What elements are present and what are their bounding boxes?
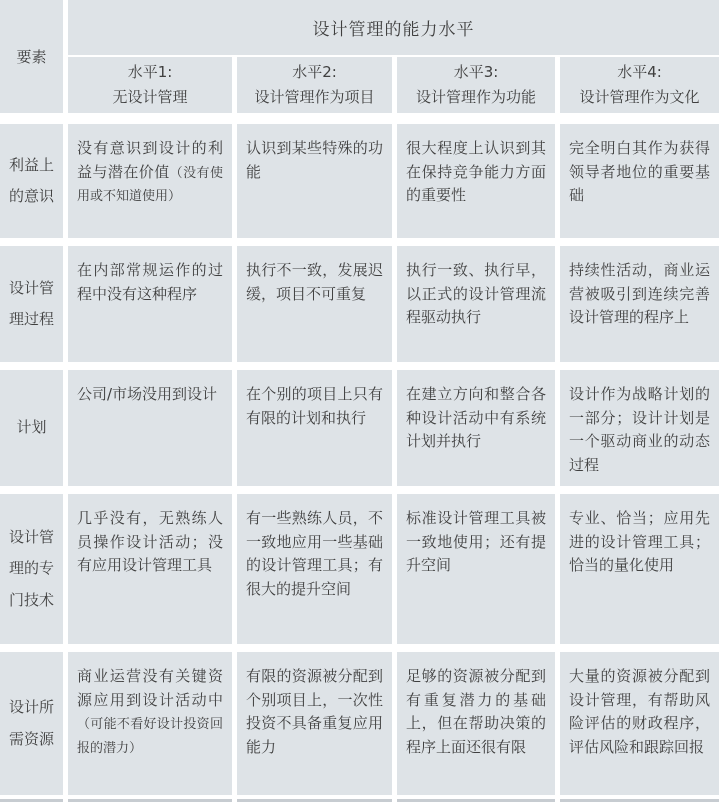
factor-benefit-awareness: 利益上的意识: [0, 124, 63, 238]
cell-r5-level2: 有限的资源被分配到个别项目上，一次性投资不具备重复应用能力: [237, 652, 392, 795]
column-header-level3: 水平3: 设计管理作为功能: [397, 57, 555, 113]
cell-main-text: 有限的资源被分配到个别项目上，一次性投资不具备重复应用能力: [246, 667, 383, 756]
cell-main-text: 认识到某些特殊的功能: [246, 139, 383, 181]
cell-r3-level3: 在建立方向和整合各种设计活动中有系统计划并执行: [397, 370, 555, 486]
table-header: 要素 设计管理的能力水平 水平1: 无设计管理 水平2: 设计管理作为项目 水平…: [0, 0, 719, 113]
cell-main-text: 大量的资源被分配到设计管理，有帮助风险评估的财政程序，评估风险和跟踪回报: [569, 667, 710, 756]
factor-design-management-process: 设计管理过程: [0, 246, 63, 362]
group-header-title: 设计管理的能力水平: [313, 15, 475, 40]
cell-r5-level3: 足够的资源被分配到有重复潜力的基础上，但在帮助决策的程序上面还很有限: [397, 652, 555, 795]
cell-main-text: 设计作为战略计划的一部分；设计计划是一个驱动商业的动态过程: [569, 385, 710, 474]
corner-factor-label: 要素: [16, 46, 46, 67]
level1-number: 水平1:: [128, 60, 173, 86]
cell-main-text: 专业、恰当；应用先进的设计管理工具；恰当的量化使用: [569, 509, 710, 574]
cell-main-text: 执行不一致，发展迟缓，项目不可重复: [246, 261, 383, 303]
cell-main-text: 在建立方向和整合各种设计活动中有系统计划并执行: [406, 385, 546, 450]
cell-main-text: 足够的资源被分配到有重复潜力的基础上，但在帮助决策的程序上面还很有限: [406, 667, 546, 756]
cell-r1-level3: 很大程度上认识到其在保持竞争能力方面的重要性: [397, 124, 555, 238]
level3-name: 设计管理作为功能: [416, 85, 536, 111]
cell-main-text: 标准设计管理工具被一致地使用；还有提升空间: [406, 509, 546, 574]
column-header-level1: 水平1: 无设计管理: [68, 57, 232, 113]
cell-main-text: 在个别的项目上只有有限的计划和执行: [246, 385, 383, 427]
cell-r4-level4: 专业、恰当；应用先进的设计管理工具；恰当的量化使用: [560, 494, 719, 644]
cell-r4-level1: 几乎没有，无熟练人员操作设计活动；没有应用设计管理工具: [68, 494, 232, 644]
corner-factor-header: 要素: [0, 0, 63, 113]
cell-r1-level4: 完全明白其作为获得领导者地位的重要基础: [560, 124, 719, 238]
column-header-level4: 水平4: 设计管理作为文化: [560, 57, 719, 113]
cell-r1-level1: 没有意识到设计的利益与潜在价值（没有使用或不知道使用）: [68, 124, 232, 238]
design-management-capability-table: 要素 设计管理的能力水平 水平1: 无设计管理 水平2: 设计管理作为项目 水平…: [0, 0, 719, 802]
table-body: 利益上的意识 没有意识到设计的利益与潜在价值（没有使用或不知道使用） 认识到某些…: [0, 124, 719, 795]
cell-main-text: 在内部常规运作的过程中没有这种程序: [77, 261, 223, 303]
cell-r3-level2: 在个别的项目上只有有限的计划和执行: [237, 370, 392, 486]
cell-r2-level1: 在内部常规运作的过程中没有这种程序: [68, 246, 232, 362]
cell-main-text: 持续性活动，商业运营被吸引到连续完善设计管理的程序上: [569, 261, 710, 326]
factor-planning: 计划: [0, 370, 63, 486]
cell-r1-level2: 认识到某些特殊的功能: [237, 124, 392, 238]
cell-r5-level1: 商业运营没有关键资源应用到设计活动中（可能不看好设计投资回报的潜力）: [68, 652, 232, 795]
cell-note-text: （可能不看好设计投资回报的潜力）: [77, 717, 223, 756]
level3-number: 水平3:: [454, 60, 499, 86]
cell-main-text: 有一些熟练人员，不一致地应用一些基础的设计管理工具；有很大的提升空间: [246, 509, 383, 598]
cell-main-text: 商业运营没有关键资源应用到设计活动中: [77, 667, 223, 709]
factor-specialized-techniques: 设计管理的专门技术: [0, 494, 63, 644]
level4-number: 水平4:: [617, 60, 662, 86]
cell-r5-level4: 大量的资源被分配到设计管理，有帮助风险评估的财政程序，评估风险和跟踪回报: [560, 652, 719, 795]
cell-r3-level1: 公司/市场没用到设计: [68, 370, 232, 486]
cell-r2-level2: 执行不一致，发展迟缓，项目不可重复: [237, 246, 392, 362]
level2-name: 设计管理作为项目: [254, 85, 374, 111]
column-header-level2: 水平2: 设计管理作为项目: [237, 57, 392, 113]
cell-r4-level3: 标准设计管理工具被一致地使用；还有提升空间: [397, 494, 555, 644]
cell-main-text: 公司/市场没用到设计: [77, 385, 217, 403]
cell-r4-level2: 有一些熟练人员，不一致地应用一些基础的设计管理工具；有很大的提升空间: [237, 494, 392, 644]
factor-required-resources: 设计所需资源: [0, 652, 63, 795]
cell-main-text: 很大程度上认识到其在保持竞争能力方面的重要性: [406, 139, 546, 204]
cell-main-text: 执行一致、执行早，以正式的设计管理流程驱动执行: [406, 261, 546, 326]
group-header: 设计管理的能力水平: [68, 0, 719, 55]
level1-name: 无设计管理: [112, 85, 187, 111]
cell-r2-level4: 持续性活动，商业运营被吸引到连续完善设计管理的程序上: [560, 246, 719, 362]
cell-main-text: 几乎没有，无熟练人员操作设计活动；没有应用设计管理工具: [77, 509, 223, 574]
level2-number: 水平2:: [292, 60, 337, 86]
cell-main-text: 完全明白其作为获得领导者地位的重要基础: [569, 139, 710, 204]
cell-r2-level3: 执行一致、执行早，以正式的设计管理流程驱动执行: [397, 246, 555, 362]
cell-r3-level4: 设计作为战略计划的一部分；设计计划是一个驱动商业的动态过程: [560, 370, 719, 486]
level4-name: 设计管理作为文化: [579, 85, 699, 111]
